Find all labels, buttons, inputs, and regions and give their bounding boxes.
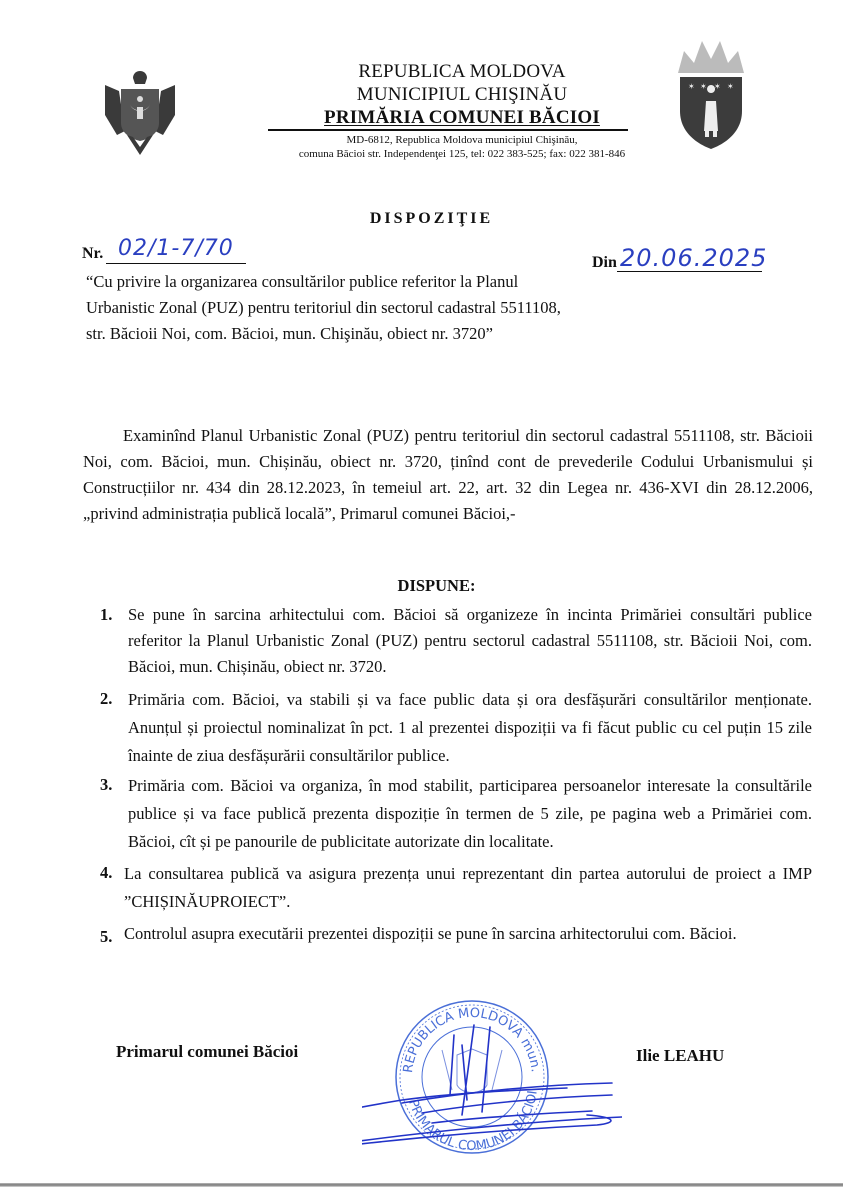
header-address-line-2: comuna Băcioi str. Independenţei 125, te… [262, 147, 662, 161]
subject-line: str. Băcioii Noi, com. Băcioi, mun. Chiş… [86, 321, 646, 347]
subject-line: Urbanistic Zonal (PUZ) pentru teritoriul… [86, 295, 646, 321]
header-municipality: MUNICIPIUL CHIŞINĂU [262, 84, 662, 106]
svg-text:✶: ✶ [714, 82, 721, 91]
moldova-coat-of-arms-icon [97, 65, 183, 157]
page-bottom-edge [0, 1183, 843, 1187]
item-text: Primăria com. Băcioi, va stabili și va f… [128, 686, 812, 770]
svg-text:✶: ✶ [688, 82, 695, 91]
item-number: 2. [100, 686, 128, 770]
official-stamp-and-signature-icon: REPUBLICA MOLDOVA mun.CHIŞIN PRIMARUL CO… [362, 995, 622, 1160]
dispune-heading: DISPUNE: [0, 576, 843, 596]
dispositions-list: 1. Se pune în sarcina arhitectului com. … [100, 602, 812, 950]
item-number: 5. [100, 924, 124, 950]
number-label: Nr. [82, 245, 103, 263]
document-date: 20.06.2025 [620, 244, 767, 272]
item-number: 4. [100, 860, 124, 916]
item-text: La consultarea publică va asigura prezen… [124, 860, 812, 916]
svg-text:✶: ✶ [700, 82, 707, 91]
signatory-name: Ilie LEAHU [636, 1046, 724, 1066]
list-item: 1. Se pune în sarcina arhitectului com. … [100, 602, 812, 680]
list-item: 4. La consultarea publică va asigura pre… [100, 860, 812, 916]
header-address-line-1: MD-6812, Republica Moldova municipiul Ch… [262, 133, 662, 147]
header-country: REPUBLICA MOLDOVA [262, 61, 662, 83]
signatory-role: Primarul comunei Băcioi [116, 1042, 298, 1062]
header-institution: PRIMĂRIA COMUNEI BĂCIOI [262, 107, 662, 129]
svg-text:✶: ✶ [727, 82, 734, 91]
item-number: 3. [100, 772, 128, 856]
subject-line: “Cu privire la organizarea consultărilor… [86, 269, 646, 295]
number-underline [106, 263, 246, 264]
header-divider [268, 129, 628, 131]
list-item: 2. Primăria com. Băcioi, va stabili și v… [100, 686, 812, 770]
item-text: Primăria com. Băcioi va organiza, în mod… [128, 772, 812, 856]
bacioi-coat-of-arms-icon: ✶✶✶✶ [670, 35, 752, 153]
document-number: 02/1-7/70 [118, 236, 234, 261]
list-item: 3. Primăria com. Băcioi va organiza, în … [100, 772, 812, 856]
preamble-paragraph: Examinînd Planul Urbanistic Zonal (PUZ) … [83, 423, 813, 527]
list-item: 5. Controlul asupra executării prezentei… [100, 924, 812, 950]
document-title: DISPOZIŢIE [0, 210, 843, 228]
item-text: Controlul asupra executării prezentei di… [124, 924, 812, 950]
item-number: 1. [100, 602, 128, 680]
item-text: Se pune în sarcina arhitectului com. Băc… [128, 602, 812, 680]
document-subject: “Cu privire la organizarea consultărilor… [86, 269, 646, 347]
